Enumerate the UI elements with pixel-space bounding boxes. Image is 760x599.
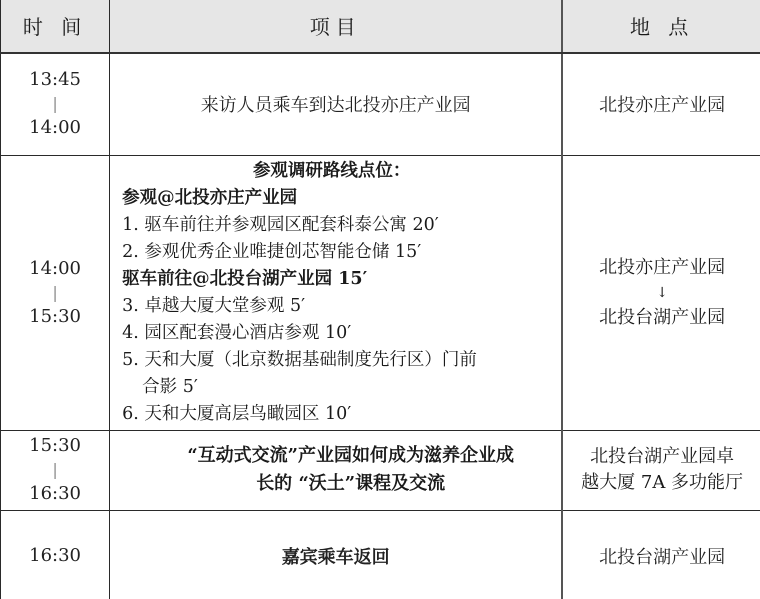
item-line: “互动式交流”产业园如何成为滋养企业成 <box>150 442 551 470</box>
location-from: 北投亦庄产业园 <box>563 255 760 281</box>
table-row: 13:45 | 14:00 来访人员乘车到达北投亦庄产业园 北投亦庄产业园 <box>1 53 760 155</box>
time-separator: | <box>1 282 109 304</box>
time-end: 15:30 <box>1 304 109 330</box>
route-step: 1. 驱车前往并参观园区配套科泰公寓 20′ <box>122 212 561 239</box>
route-step: 2. 参观优秀企业唯捷创芯智能仓储 15′ <box>122 239 561 266</box>
time-cell: 15:30 | 16:30 <box>1 430 110 510</box>
location-line: 北投台湖产业园卓 <box>563 444 760 470</box>
arrow-down-icon: ↓ <box>563 281 760 305</box>
time-start: 13:45 <box>1 67 109 93</box>
time-cell: 14:00 | 15:30 <box>1 155 110 430</box>
table-row: 15:30 | 16:30 “互动式交流”产业园如何成为滋养企业成 长的 “沃土… <box>1 430 760 510</box>
location-line: 越大厦 7A 多功能厅 <box>563 470 760 496</box>
time-start: 14:00 <box>1 256 109 282</box>
route-section-yizhuang: 参观@北投亦庄产业园 <box>122 185 561 212</box>
item-line: 长的 “沃土”课程及交流 <box>150 470 551 498</box>
header-time: 时 间 <box>1 0 110 53</box>
route-step-continuation: 合影 5′ <box>122 374 561 401</box>
route-step: 4. 园区配套漫心酒店参观 10′ <box>122 320 561 347</box>
route-cell: 参观调研路线点位： 参观@北投亦庄产业园 1. 驱车前往并参观园区配套科泰公寓 … <box>110 155 563 430</box>
location-to: 北投台湖产业园 <box>563 305 760 331</box>
time-separator: | <box>1 459 109 481</box>
route-title: 参观调研路线点位： <box>122 158 561 185</box>
time-end: 16:30 <box>1 481 109 507</box>
location-cell: 北投台湖产业园卓 越大厦 7A 多功能厅 <box>562 430 760 510</box>
header-location: 地 点 <box>562 0 760 53</box>
location-cell: 北投亦庄产业园 <box>562 53 760 155</box>
table-row: 14:00 | 15:30 参观调研路线点位： 参观@北投亦庄产业园 1. 驱车… <box>1 155 760 430</box>
item-cell: 嘉宾乘车返回 <box>110 510 563 599</box>
header-item: 项目 <box>110 0 563 53</box>
time-end: 14:00 <box>1 115 109 141</box>
item-cell: 来访人员乘车到达北投亦庄产业园 <box>110 53 563 155</box>
route-section-taihu: 驱车前往@北投台湖产业园 15′ <box>122 266 561 293</box>
item-cell: “互动式交流”产业园如何成为滋养企业成 长的 “沃土”课程及交流 <box>110 430 563 510</box>
location-cell: 北投亦庄产业园 ↓ 北投台湖产业园 <box>562 155 760 430</box>
route-step: 5. 天和大厦（北京数据基础制度先行区）门前 <box>122 347 561 374</box>
time-cell: 16:30 <box>1 510 110 599</box>
schedule-table: 时 间 项目 地 点 13:45 | 14:00 来访人员乘车到达北投亦庄产业园… <box>0 0 760 599</box>
location-cell: 北投台湖产业园 <box>562 510 760 599</box>
table-row: 16:30 嘉宾乘车返回 北投台湖产业园 <box>1 510 760 599</box>
route-step: 3. 卓越大厦大堂参观 5′ <box>122 293 561 320</box>
time-separator: | <box>1 93 109 115</box>
route-step: 6. 天和大厦高层鸟瞰园区 10′ <box>122 401 561 428</box>
table-header-row: 时 间 项目 地 点 <box>1 0 760 53</box>
time-cell: 13:45 | 14:00 <box>1 53 110 155</box>
time-start: 15:30 <box>1 433 109 459</box>
